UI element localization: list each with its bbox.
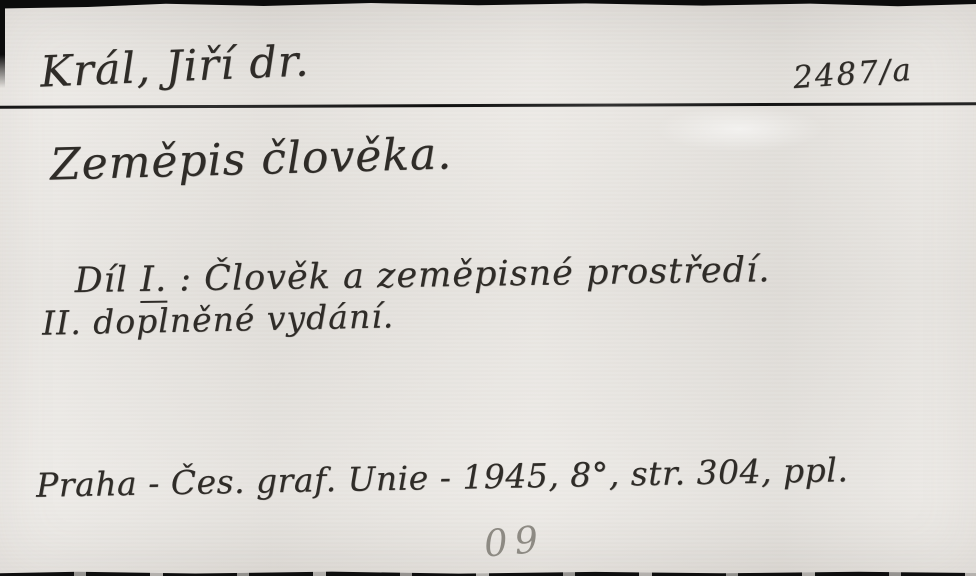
accession-number: 09 (482, 517, 547, 565)
scan-edge-left (0, 0, 5, 88)
volume-title: Člověk a zeměpisné prostředí. (204, 250, 771, 299)
volume-separator: : (167, 259, 205, 300)
paper-crease (655, 106, 825, 152)
imprint-line: Praha - Čes. graf. Unie - 1945, 8°, str.… (36, 450, 849, 505)
title-line: Zeměpis člověka. (49, 128, 452, 190)
catalog-number: 2487/a (792, 52, 914, 96)
scan-edge-top (0, 0, 976, 9)
header-rule (0, 102, 976, 108)
volume-numeral: I. (140, 260, 168, 303)
catalog-card: Král, Jiří dr. 2487/a Zeměpis člověka. D… (0, 0, 976, 576)
edition-line: II. doplněné vydání. (42, 296, 395, 342)
author-line: Král, Jiří dr. (39, 36, 310, 97)
volume-prefix: Díl (74, 260, 140, 301)
scan-edge-bottom (0, 570, 976, 576)
